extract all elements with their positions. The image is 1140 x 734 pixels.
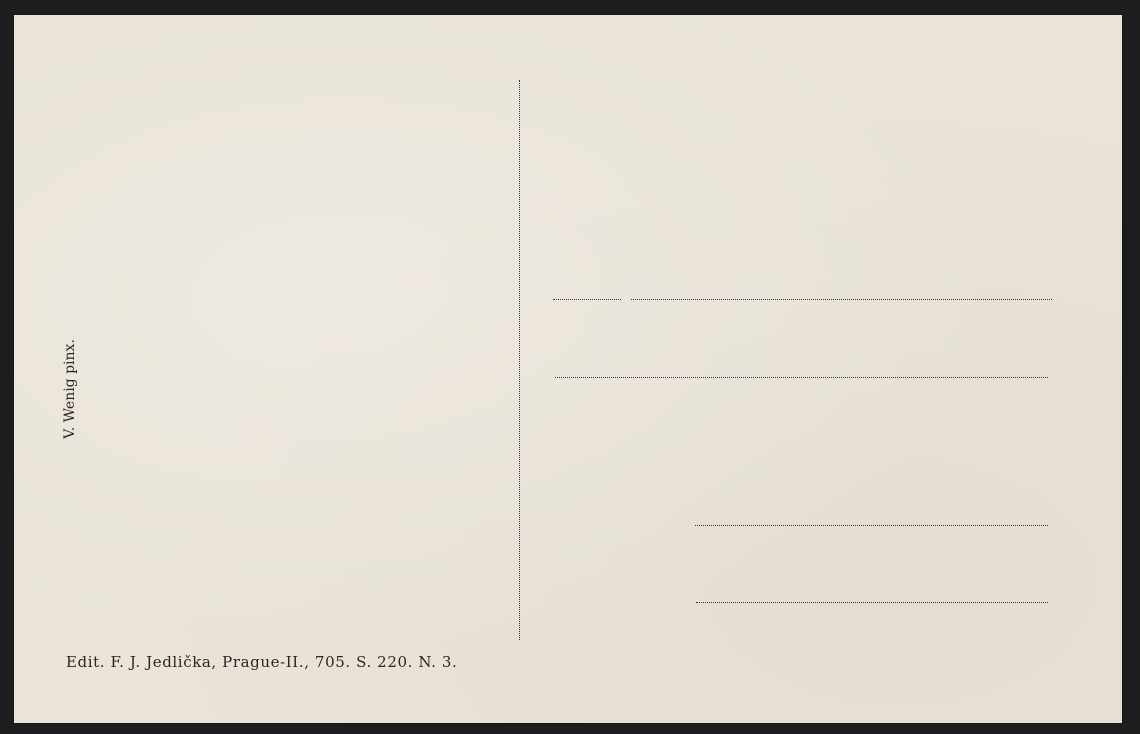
publisher-imprint: Edit. F. J. Jedlička, Prague-II., 705. S… — [66, 653, 457, 671]
postcard-back: V. Wenig pinx. Edit. F. J. Jedlička, Pra… — [14, 15, 1122, 723]
artist-credit-text: V. Wenig pinx. — [62, 339, 78, 439]
address-line-1b — [631, 299, 1052, 300]
address-line-4 — [696, 602, 1048, 603]
address-line-1a — [553, 299, 621, 300]
artist-credit: V. Wenig pinx. — [60, 315, 80, 463]
address-line-3 — [695, 525, 1048, 526]
center-divider-line — [519, 80, 520, 640]
address-line-2 — [555, 377, 1048, 378]
